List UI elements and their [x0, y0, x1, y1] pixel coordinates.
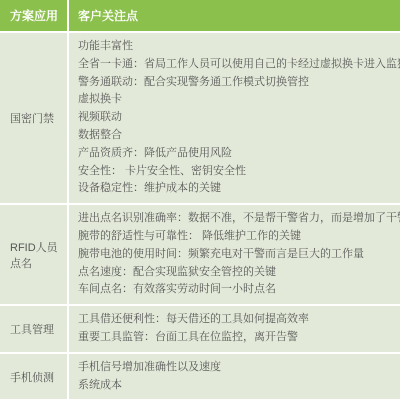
- concern-point: 腕带的舒适性与可靠性： 降低维护工作的关键: [78, 228, 394, 246]
- concern-points: 手机信号增加准确性以及速度系统成本: [69, 354, 400, 400]
- solution-concerns-table: 方案应用 客户关注点 国密门禁功能丰富性全省一卡通：省局工作人员可以使用自己的卡…: [0, 0, 400, 399]
- table-row: 工具管理工具借还便利性：每天借还的工具如何提高效率重要工具监管：台面工具在位监控…: [0, 306, 400, 352]
- concern-points: 工具借还便利性：每天借还的工具如何提高效率重要工具监管：台面工具在位监控，离开告…: [69, 306, 400, 352]
- application-label: 国密门禁: [0, 33, 67, 203]
- table-row: 国密门禁功能丰富性全省一卡通：省局工作人员可以使用自己的卡经过虚拟换卡进入监狱警…: [0, 33, 400, 203]
- concern-point: 设备稳定性：维护成本的关键: [78, 180, 394, 198]
- concern-point: 腕带电池的使用时间：频繁充电对干警而言是巨大的工作量: [78, 246, 394, 264]
- concern-point: 数据整合: [78, 127, 394, 145]
- table-row: 手机侦测手机信号增加准确性以及速度系统成本: [0, 354, 400, 400]
- application-label: 手机侦测: [0, 354, 67, 400]
- concern-point: 重要工具监管：台面工具在位监控，离开告警: [78, 329, 394, 347]
- header-col-application: 方案应用: [0, 0, 67, 31]
- concern-point: 进出点名识别准确率：数据不准，不是帮干警省力，而是增加了干警的负担: [78, 210, 394, 228]
- application-label: 工具管理: [0, 306, 67, 352]
- application-label: RFID人员点名: [0, 205, 67, 304]
- concern-point: 虚拟换卡: [78, 91, 394, 109]
- concern-point: 工具借还便利性：每天借还的工具如何提高效率: [78, 311, 394, 329]
- concern-point: 全省一卡通：省局工作人员可以使用自己的卡经过虚拟换卡进入监狱: [78, 56, 394, 74]
- concern-point: 产品资质齐：降低产品使用风险: [78, 145, 394, 163]
- concern-point: 点名速度：配合实现监狱安全管控的关键: [78, 264, 394, 282]
- concern-point: 安全性： 卡片安全性、密钥安全性: [78, 163, 394, 181]
- concern-point: 车间点名：有效落实劳动时间一小时点名: [78, 281, 394, 299]
- concern-point: 系统成本: [78, 377, 394, 395]
- table-header-row: 方案应用 客户关注点: [0, 0, 400, 31]
- header-col-concerns: 客户关注点: [69, 0, 400, 31]
- concern-point: 功能丰富性: [78, 38, 394, 56]
- concern-points: 进出点名识别准确率：数据不准，不是帮干警省力，而是增加了干警的负担腕带的舒适性与…: [69, 205, 400, 304]
- table-row: RFID人员点名进出点名识别准确率：数据不准，不是帮干警省力，而是增加了干警的负…: [0, 205, 400, 304]
- concern-point: 警务通联动：配合实现警务通工作模式切换管控: [78, 74, 394, 92]
- table-body: 国密门禁功能丰富性全省一卡通：省局工作人员可以使用自己的卡经过虚拟换卡进入监狱警…: [0, 33, 400, 399]
- concern-points: 功能丰富性全省一卡通：省局工作人员可以使用自己的卡经过虚拟换卡进入监狱警务通联动…: [69, 33, 400, 203]
- concern-point: 视频联动: [78, 109, 394, 127]
- concern-point: 手机信号增加准确性以及速度: [78, 359, 394, 377]
